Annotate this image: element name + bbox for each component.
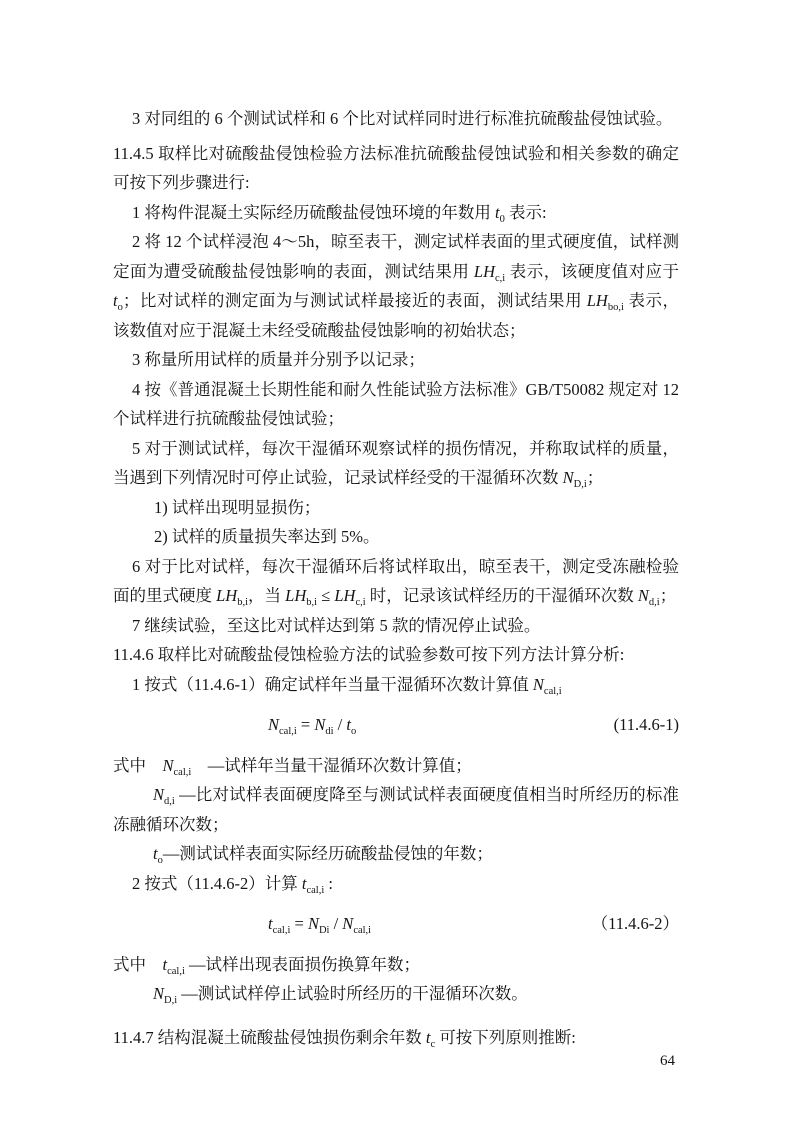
- paragraph: Nd,i —比对试样表面硬度降至与测试试样表面硬度值相当时所经历的标准冻融循环次…: [113, 780, 679, 839]
- math-variable: LH: [216, 586, 237, 605]
- math-subscript: cal,i: [306, 885, 324, 896]
- document-body: 3 对同组的 6 个测试试样和 6 个比对试样同时进行标准抗硫酸盐侵蚀试验。11…: [113, 104, 679, 1052]
- page-number: 64: [660, 1051, 675, 1071]
- math-subscript: d,i: [164, 796, 175, 807]
- math-variable: N: [268, 715, 279, 734]
- math-subscript: b,i: [306, 597, 317, 608]
- paragraph: 2 按式（11.4.6-2）计算 tcal,i :: [113, 869, 679, 899]
- paragraph: 4 按《普通混凝土长期性能和耐久性能试验方法标准》GB/T50082 规定对 1…: [113, 375, 679, 434]
- formula-expression: tcal,i = NDi / Ncal,i: [268, 909, 371, 939]
- paragraph: 3 对同组的 6 个测试试样和 6 个比对试样同时进行标准抗硫酸盐侵蚀试验。: [113, 104, 679, 134]
- math-subscript: Di: [319, 925, 330, 936]
- math-subscript: c: [430, 1039, 435, 1050]
- math-subscript: cal,i: [544, 686, 562, 697]
- math-subscript: c,i: [355, 597, 365, 608]
- math-subscript: cal,i: [174, 767, 192, 778]
- math-subscript: D,i: [574, 479, 587, 490]
- math-subscript: c,i: [495, 273, 505, 284]
- math-variable: N: [533, 675, 544, 694]
- math-subscript: b,i: [237, 597, 248, 608]
- math-subscript: cal,i: [353, 925, 371, 936]
- paragraph: 3 称量所用试样的质量并分别予以记录；: [113, 345, 679, 375]
- section-heading: 11.4.7 结构混凝土硫酸盐侵蚀损伤剩余年数 tc 可按下列原则推断:: [113, 1023, 679, 1053]
- math-subscript: 0: [500, 214, 505, 225]
- paragraph: ND,i —测试试样停止试验时所经历的干湿循环次数。: [113, 979, 679, 1009]
- formula-row: tcal,i = NDi / Ncal,i（11.4.6-2）: [113, 909, 679, 939]
- section-heading: 11.4.5 取样比对硫酸盐侵蚀检验方法标准抗硫酸盐侵蚀试验和相关参数的确定可按…: [113, 139, 679, 198]
- math-variable: N: [308, 914, 319, 933]
- math-variable: N: [153, 785, 164, 804]
- paragraph: 式中 tcal,i —试样出现表面损伤换算年数；: [113, 950, 679, 980]
- math-variable: LH: [285, 586, 306, 605]
- math-variable: N: [638, 586, 649, 605]
- paragraph: 2 将 12 个试样浸泡 4～5h，晾至表干，测定试样表面的里式硬度值，试样测定…: [113, 227, 679, 345]
- paragraph: 式中 Ncal,i —试样年当量干湿循环次数计算值；: [113, 751, 679, 781]
- formula-expression: Ncal,i = Ndi / to: [268, 710, 356, 740]
- math-variable: N: [563, 468, 574, 487]
- paragraph: 2) 试样的质量损失率达到 5%。: [113, 522, 679, 552]
- math-subscript: bo,i: [608, 302, 624, 313]
- math-subscript: d,i: [649, 597, 660, 608]
- formula-row: Ncal,i = Ndi / to(11.4.6-1): [113, 710, 679, 740]
- paragraph: 6 对于比对试样，每次干湿循环后将试样取出，晾至表干，测定受冻融检验面的里式硬度…: [113, 552, 679, 611]
- paragraph: 1 将构件混凝土实际经历硫酸盐侵蚀环境的年数用 t0 表示:: [113, 198, 679, 228]
- document-page: 3 对同组的 6 个测试试样和 6 个比对试样同时进行标准抗硫酸盐侵蚀试验。11…: [0, 0, 794, 1123]
- math-variable: LH: [474, 262, 495, 281]
- math-subscript: cal,i: [273, 925, 291, 936]
- math-variable: N: [314, 715, 325, 734]
- paragraph: to—测试试样表面实际经历硫酸盐侵蚀的年数；: [113, 839, 679, 869]
- section-heading: 11.4.6 取样比对硫酸盐侵蚀检验方法的试验参数可按下列方法计算分析:: [113, 640, 679, 670]
- paragraph: 5 对于测试试样，每次干湿循环观察试样的损伤情况，并称取试样的质量，当遇到下列情…: [113, 434, 679, 493]
- math-variable: N: [163, 756, 174, 775]
- math-subscript: o: [158, 855, 163, 866]
- math-subscript: cal,i: [279, 726, 297, 737]
- math-subscript: o: [351, 726, 356, 737]
- math-subscript: D,i: [164, 995, 177, 1006]
- paragraph: 1 按式（11.4.6-1）确定试样年当量干湿循环次数计算值 Ncal,i: [113, 670, 679, 700]
- equation-number: （11.4.6-2）: [592, 909, 679, 939]
- math-variable: LH: [587, 291, 608, 310]
- paragraph: 7 继续试验，至这比对试样达到第 5 款的情况停止试验。: [113, 611, 679, 641]
- math-subscript: cal,i: [167, 966, 185, 977]
- paragraph: 1) 试样出现明显损伤；: [113, 493, 679, 523]
- equation-number: (11.4.6-1): [614, 710, 679, 740]
- math-variable: N: [153, 984, 164, 1003]
- math-subscript: o: [118, 302, 123, 313]
- math-variable: LH: [334, 586, 355, 605]
- math-variable: N: [342, 914, 353, 933]
- math-subscript: di: [325, 726, 333, 737]
